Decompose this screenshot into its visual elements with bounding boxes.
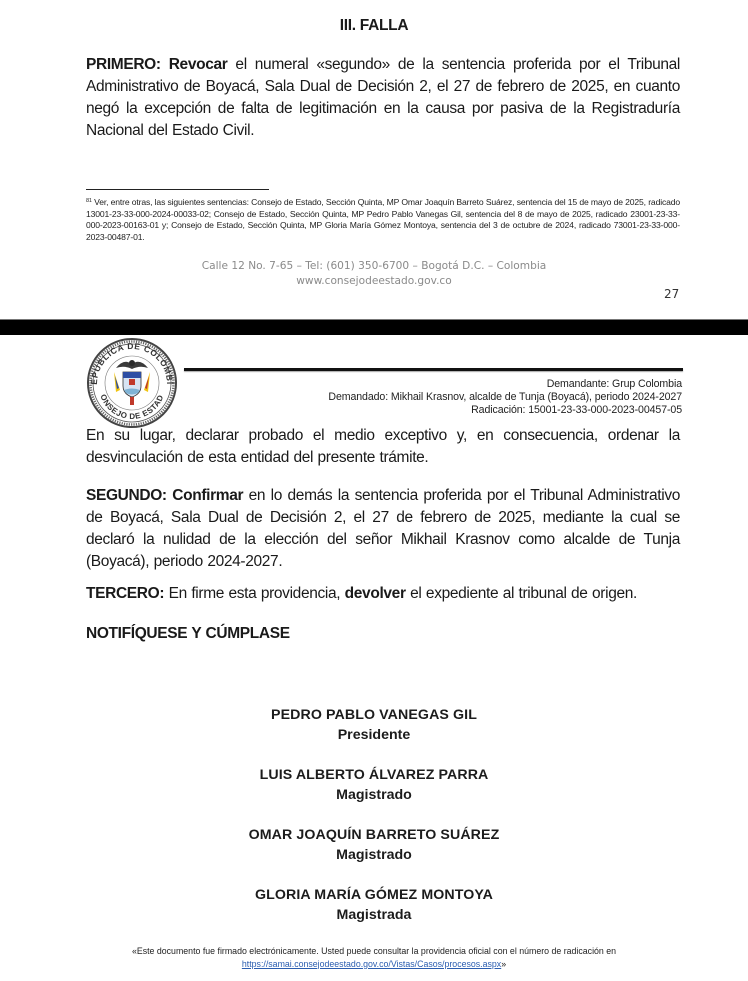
signatory-name: LUIS ALBERTO ÁLVAREZ PARRA [0,765,748,785]
demandado: Demandado: Mikhail Krasnov, alcalde de T… [328,391,682,404]
signatory: PEDRO PABLO VANEGAS GIL Presidente [0,705,748,745]
primero-label: PRIMERO: [86,56,161,73]
footer-website: www.consejodeestado.gov.co [0,274,748,289]
footnote-text: Ver, entre otras, las siguientes sentenc… [86,197,680,242]
segundo-verb: Confirmar [172,487,243,504]
samai-link[interactable]: https://samai.consejodeestado.gov.co/Vis… [242,959,501,969]
section-heading: III. FALLA [0,17,748,35]
case-metadata: Demandante: Grup Colombia Demandado: Mik… [328,378,682,418]
segundo-label: SEGUNDO: [86,487,167,504]
footer-address: Calle 12 No. 7-65 – Tel: (601) 350-6700 … [0,259,748,274]
page-number: 27 [664,287,679,301]
tercero-text-after: el expediente al tribunal de origen. [406,585,637,602]
footnote: 81 Ver, entre otras, las siguientes sent… [86,197,680,243]
signatory: LUIS ALBERTO ÁLVAREZ PARRA Magistrado [0,765,748,805]
footnote-divider [86,189,269,190]
radicacion: Radicación: 15001-23-33-000-2023-00457-0… [328,404,682,417]
footnote-number: 81 [86,198,92,204]
tercero-text-before: En firme esta providencia, [164,585,345,602]
signatory-role: Magistrada [0,905,748,925]
signatory-role: Presidente [0,725,748,745]
notice-text: «Este documento fue firmado electrónicam… [0,945,748,958]
tercero-verb: devolver [345,585,406,602]
demandante: Demandante: Grup Colombia [328,378,682,391]
electronic-signature-notice: «Este documento fue firmado electrónicam… [0,945,748,970]
signatory-name: OMAR JOAQUÍN BARRETO SUÁREZ [0,825,748,845]
header-rule [184,368,683,371]
signatory-role: Magistrado [0,845,748,865]
page-separator [0,320,748,335]
resolution-segundo: SEGUNDO: Confirmar en lo demás la senten… [86,485,680,573]
signatory-name: PEDRO PABLO VANEGAS GIL [0,705,748,725]
primero-verb: Revocar [169,56,228,73]
signatory-role: Magistrado [0,785,748,805]
signatory: OMAR JOAQUÍN BARRETO SUÁREZ Magistrado [0,825,748,865]
notice-closing-mark: » [501,959,506,969]
continuation-paragraph: En su lugar, declarar probado el medio e… [86,425,680,469]
resolution-primero: PRIMERO: Revocar el numeral «segundo» de… [86,54,680,142]
tercero-label: TERCERO: [86,585,164,602]
signatory: GLORIA MARÍA GÓMEZ MONTOYA Magistrada [0,885,748,925]
consejo-de-estado-seal-icon: REPÚBLICA DE COLOMBIA CONSEJO DE ESTADO [80,338,184,428]
signatory-name: GLORIA MARÍA GÓMEZ MONTOYA [0,885,748,905]
resolution-tercero: TERCERO: En firme esta providencia, devo… [86,583,680,605]
closing-formula: NOTIFÍQUESE Y CÚMPLASE [86,623,680,645]
